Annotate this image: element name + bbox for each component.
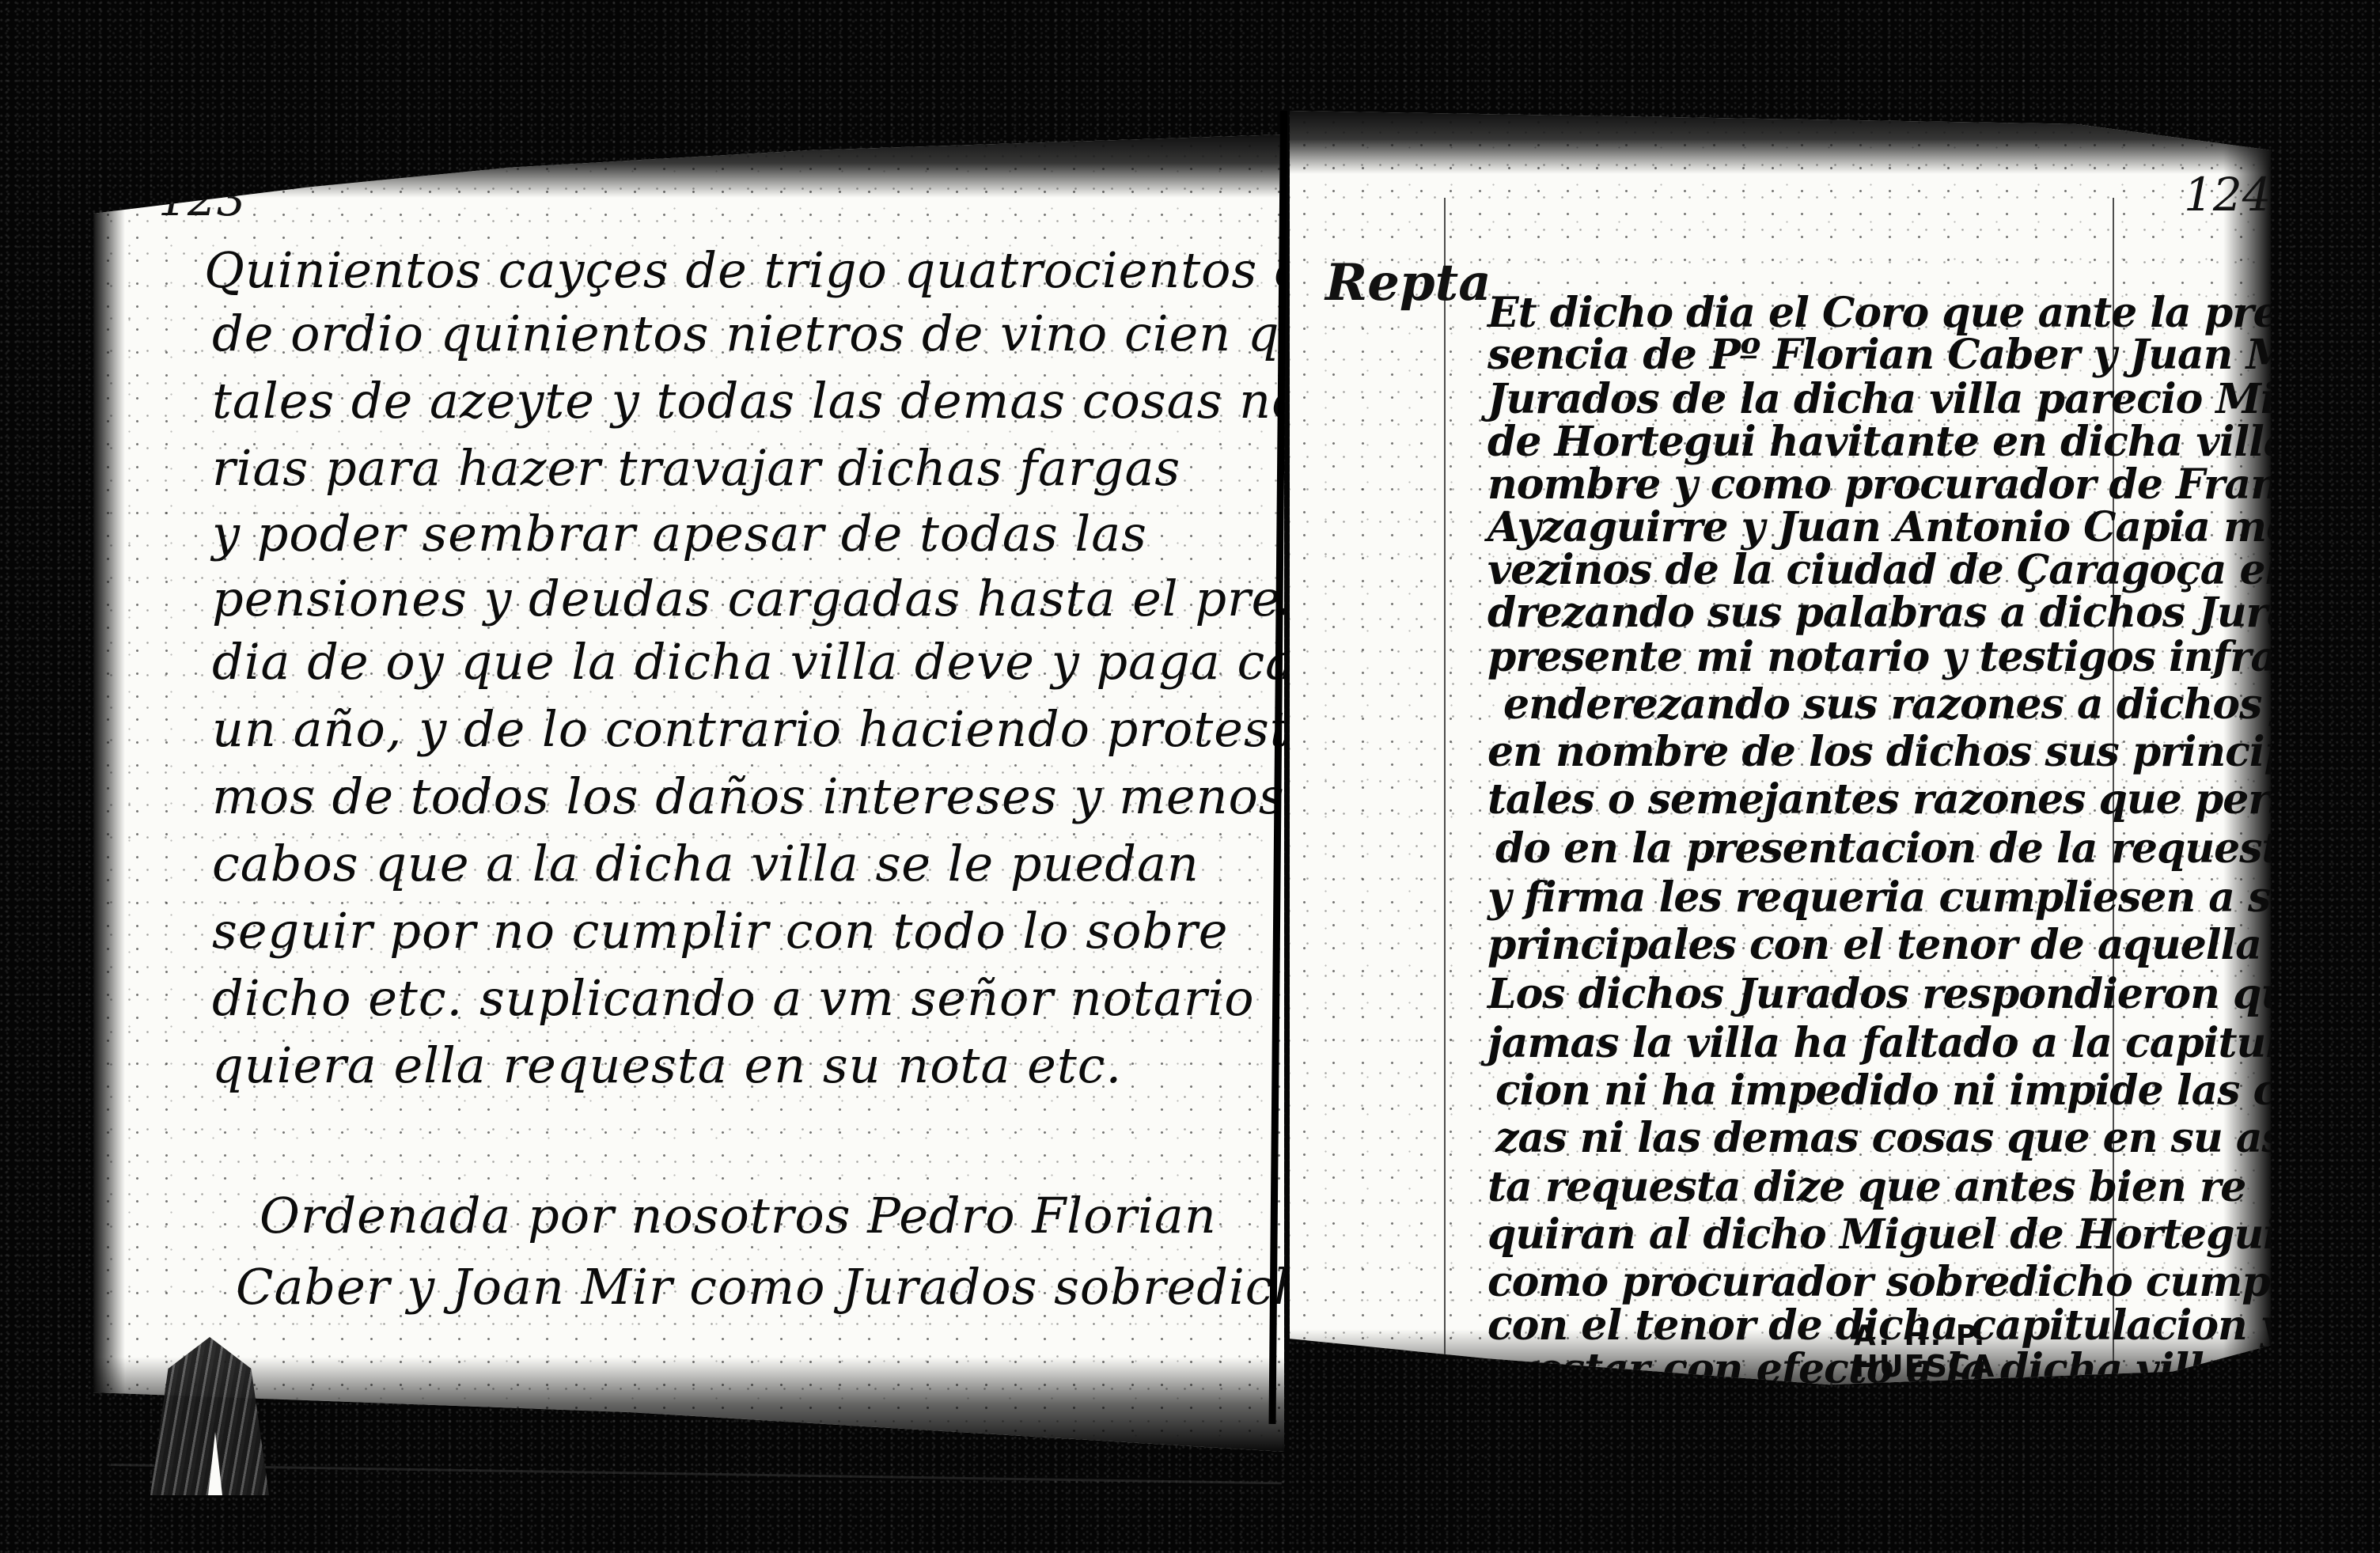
closing-line: Ordenada por nosotros Pedro Florian [260,1187,1217,1244]
text-line: presente mi notario y testigos infrascri… [1487,633,2271,681]
text-line: principales con el tenor de aquella etc. [1487,921,2271,969]
text-line: dia de oy que la dicha villa deve y paga… [212,633,1284,691]
archive-stamp-initials: A. H. P. [1853,1321,1988,1351]
text-line: ta requesta dize que antes bien re [1487,1163,2245,1211]
text-line: quiera ella requesta en su nota etc. [212,1036,1122,1094]
text-line: tales de azeyte y todas las demas cosas … [212,372,1284,430]
archive-stamp-city: HUESCA [1853,1351,1988,1383]
scanned-document: 123 Quinientos cayçes de trigo quatrocie… [0,0,2380,1553]
text-line: seguir por no cumplir con todo lo sobre [212,902,1228,960]
text-line: un año, y de lo contrario haciendo prote… [212,700,1284,758]
text-line: cion ni ha impedido ni impide las cobran [1495,1066,2271,1115]
text-line: rias para hazer travajar dichas fargas [212,439,1181,497]
text-line: cabos que a la dicha villa se le puedan [212,835,1199,892]
text-line: de Hortegui havitante en dicha villa en [1487,418,2271,466]
text-line: do en la presentacion de la requesta [1495,824,2271,873]
text-line: Ayzaguirre y Juan Antonio Capia mercader… [1487,503,2271,551]
text-line: en nombre de los dichos sus principales … [1487,728,2271,776]
text-line: enderezando sus razones a dichos Jurados [1503,680,2271,729]
text-line: Quinientos cayçes de trigo quatrocientos… [204,241,1284,299]
margin-rule [1444,198,1446,1384]
text-line: vezinos de la ciudad de Çaragoça el qual… [1487,546,2271,594]
right-page: 124 Repta Et dicho dia el Coro que ante … [1290,111,2271,1424]
folio-number: 124 [2184,168,2271,222]
closing-line: Caber y Joan Mir como Jurados sobredicho… [236,1258,1284,1316]
text-line: de ordio quinientos nietros de vino cien… [212,305,1284,362]
page-left-shadow [93,134,125,1452]
text-line: dicho etc. suplicando a vm señor notario [212,969,1255,1027]
left-page: 123 Quinientos cayçes de trigo quatrocie… [93,134,1284,1452]
text-line: como procurador sobredicho cumpla [1487,1258,2271,1306]
text-line: pensiones y deudas cargadas hasta el pre… [212,570,1284,627]
text-line: jamas la villa ha faltado a la capitula [1487,1019,2271,1067]
margin-note: Repta [1325,253,1491,312]
text-line: drezando sus palabras a dichos Jurados [1487,589,2271,637]
text-line: sencia de Pº Florian Caber y Juan Mir [1487,331,2271,379]
text-line: y firma les requeria cumpliesen a sus [1487,873,2271,922]
text-line: nombre y como procurador de Francisco [1487,460,2271,509]
text-line: zas ni las demas cosas que en su asser [1495,1114,2271,1162]
text-line: y poder sembrar apesar de todas las [212,505,1147,562]
text-line: Et dicho dia el Coro que ante la pre [1487,289,2271,337]
text-line: Los dichos Jurados respondieron que [1487,970,2271,1018]
archive-stamp: A. H. P. HUESCA [1853,1321,1988,1383]
text-line: quiran al dicho Miguel de Hortegui [1487,1210,2271,1259]
text-line: tales o semejantes razones que persisten [1487,775,2271,824]
text-line: mos de todos los daños intereses y menos [212,767,1284,825]
text-line: Jurados de la dicha villa parecio Miguel [1487,375,2271,423]
